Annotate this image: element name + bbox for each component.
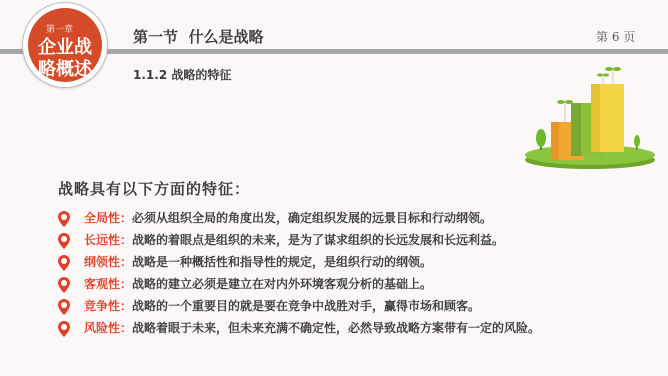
map-pin-icon <box>56 232 72 250</box>
feature-item: 竞争性：战略的一个重要目的就是要在竞争中战胜对手，赢得市场和顾客。 <box>54 295 540 317</box>
feature-item: 全局性：必须从组织全局的角度出发，确定组织发展的远景目标和行动纲领。 <box>54 207 540 229</box>
feature-item: 客观性：战略的建立必须是建立在对内外环境客观分析的基础上。 <box>54 273 540 295</box>
subsection-title: 1.1.2 战略的特征 <box>133 66 231 83</box>
features-list: 全局性：必须从组织全局的角度出发，确定组织发展的远景目标和行动纲领。 长远性：战… <box>54 207 540 339</box>
map-pin-icon <box>56 298 72 316</box>
feature-item: 长远性：战略的着眼点是组织的未来，是为了谋求组织的长远发展和长远利益。 <box>54 229 540 251</box>
chapter-title-line2: 略概述 <box>28 59 102 81</box>
feature-text: 战略的建立必须是建立在对内外环境客观分析的基础上。 <box>132 277 432 291</box>
feature-text: 战略着眼于未来，但未来充满不确定性，必然导致战略方案带有一定的风险。 <box>132 321 540 335</box>
feature-label: 全局性 <box>84 211 120 225</box>
growth-bar-chart-icon <box>520 60 660 170</box>
feature-label: 纲领性 <box>84 255 120 269</box>
map-pin-icon <box>56 210 72 228</box>
features-heading: 战略具有以下方面的特征： <box>58 178 250 199</box>
feature-item: 纲领性：战略是一种概括性和指导性的规定，是组织行动的纲领。 <box>54 251 540 273</box>
feature-label: 竞争性 <box>84 299 120 313</box>
chapter-label: 第一章 <box>46 25 73 35</box>
feature-colon: ： <box>120 321 132 335</box>
map-pin-icon <box>56 320 72 338</box>
chapter-badge: 第一章 企业战 略概述 <box>23 3 107 87</box>
feature-colon: ： <box>120 299 132 313</box>
map-pin-icon <box>56 276 72 294</box>
feature-label: 长远性 <box>84 233 120 247</box>
feature-colon: ： <box>120 277 132 291</box>
feature-colon: ： <box>120 255 132 269</box>
chapter-badge-circle: 第一章 企业战 略概述 <box>28 8 102 82</box>
feature-text: 必须从组织全局的角度出发，确定组织发展的远景目标和行动纲领。 <box>132 211 492 225</box>
feature-text: 战略是一种概括性和指导性的规定，是组织行动的纲领。 <box>132 255 432 269</box>
feature-label: 客观性 <box>84 277 120 291</box>
page-number: 第 6 页 <box>596 28 635 45</box>
map-pin-icon <box>56 254 72 272</box>
feature-item: 风险性：战略着眼于未来，但未来充满不确定性，必然导致战略方案带有一定的风险。 <box>54 317 540 339</box>
feature-text: 战略的一个重要目的就是要在竞争中战胜对手，赢得市场和顾客。 <box>132 299 480 313</box>
feature-text: 战略的着眼点是组织的未来，是为了谋求组织的长远发展和长远利益。 <box>132 233 504 247</box>
feature-colon: ： <box>120 233 132 247</box>
feature-colon: ： <box>120 211 132 225</box>
chapter-title-line1: 企业战 <box>28 37 102 59</box>
section-title: 第一节 什么是战略 <box>133 26 263 47</box>
feature-label: 风险性 <box>84 321 120 335</box>
